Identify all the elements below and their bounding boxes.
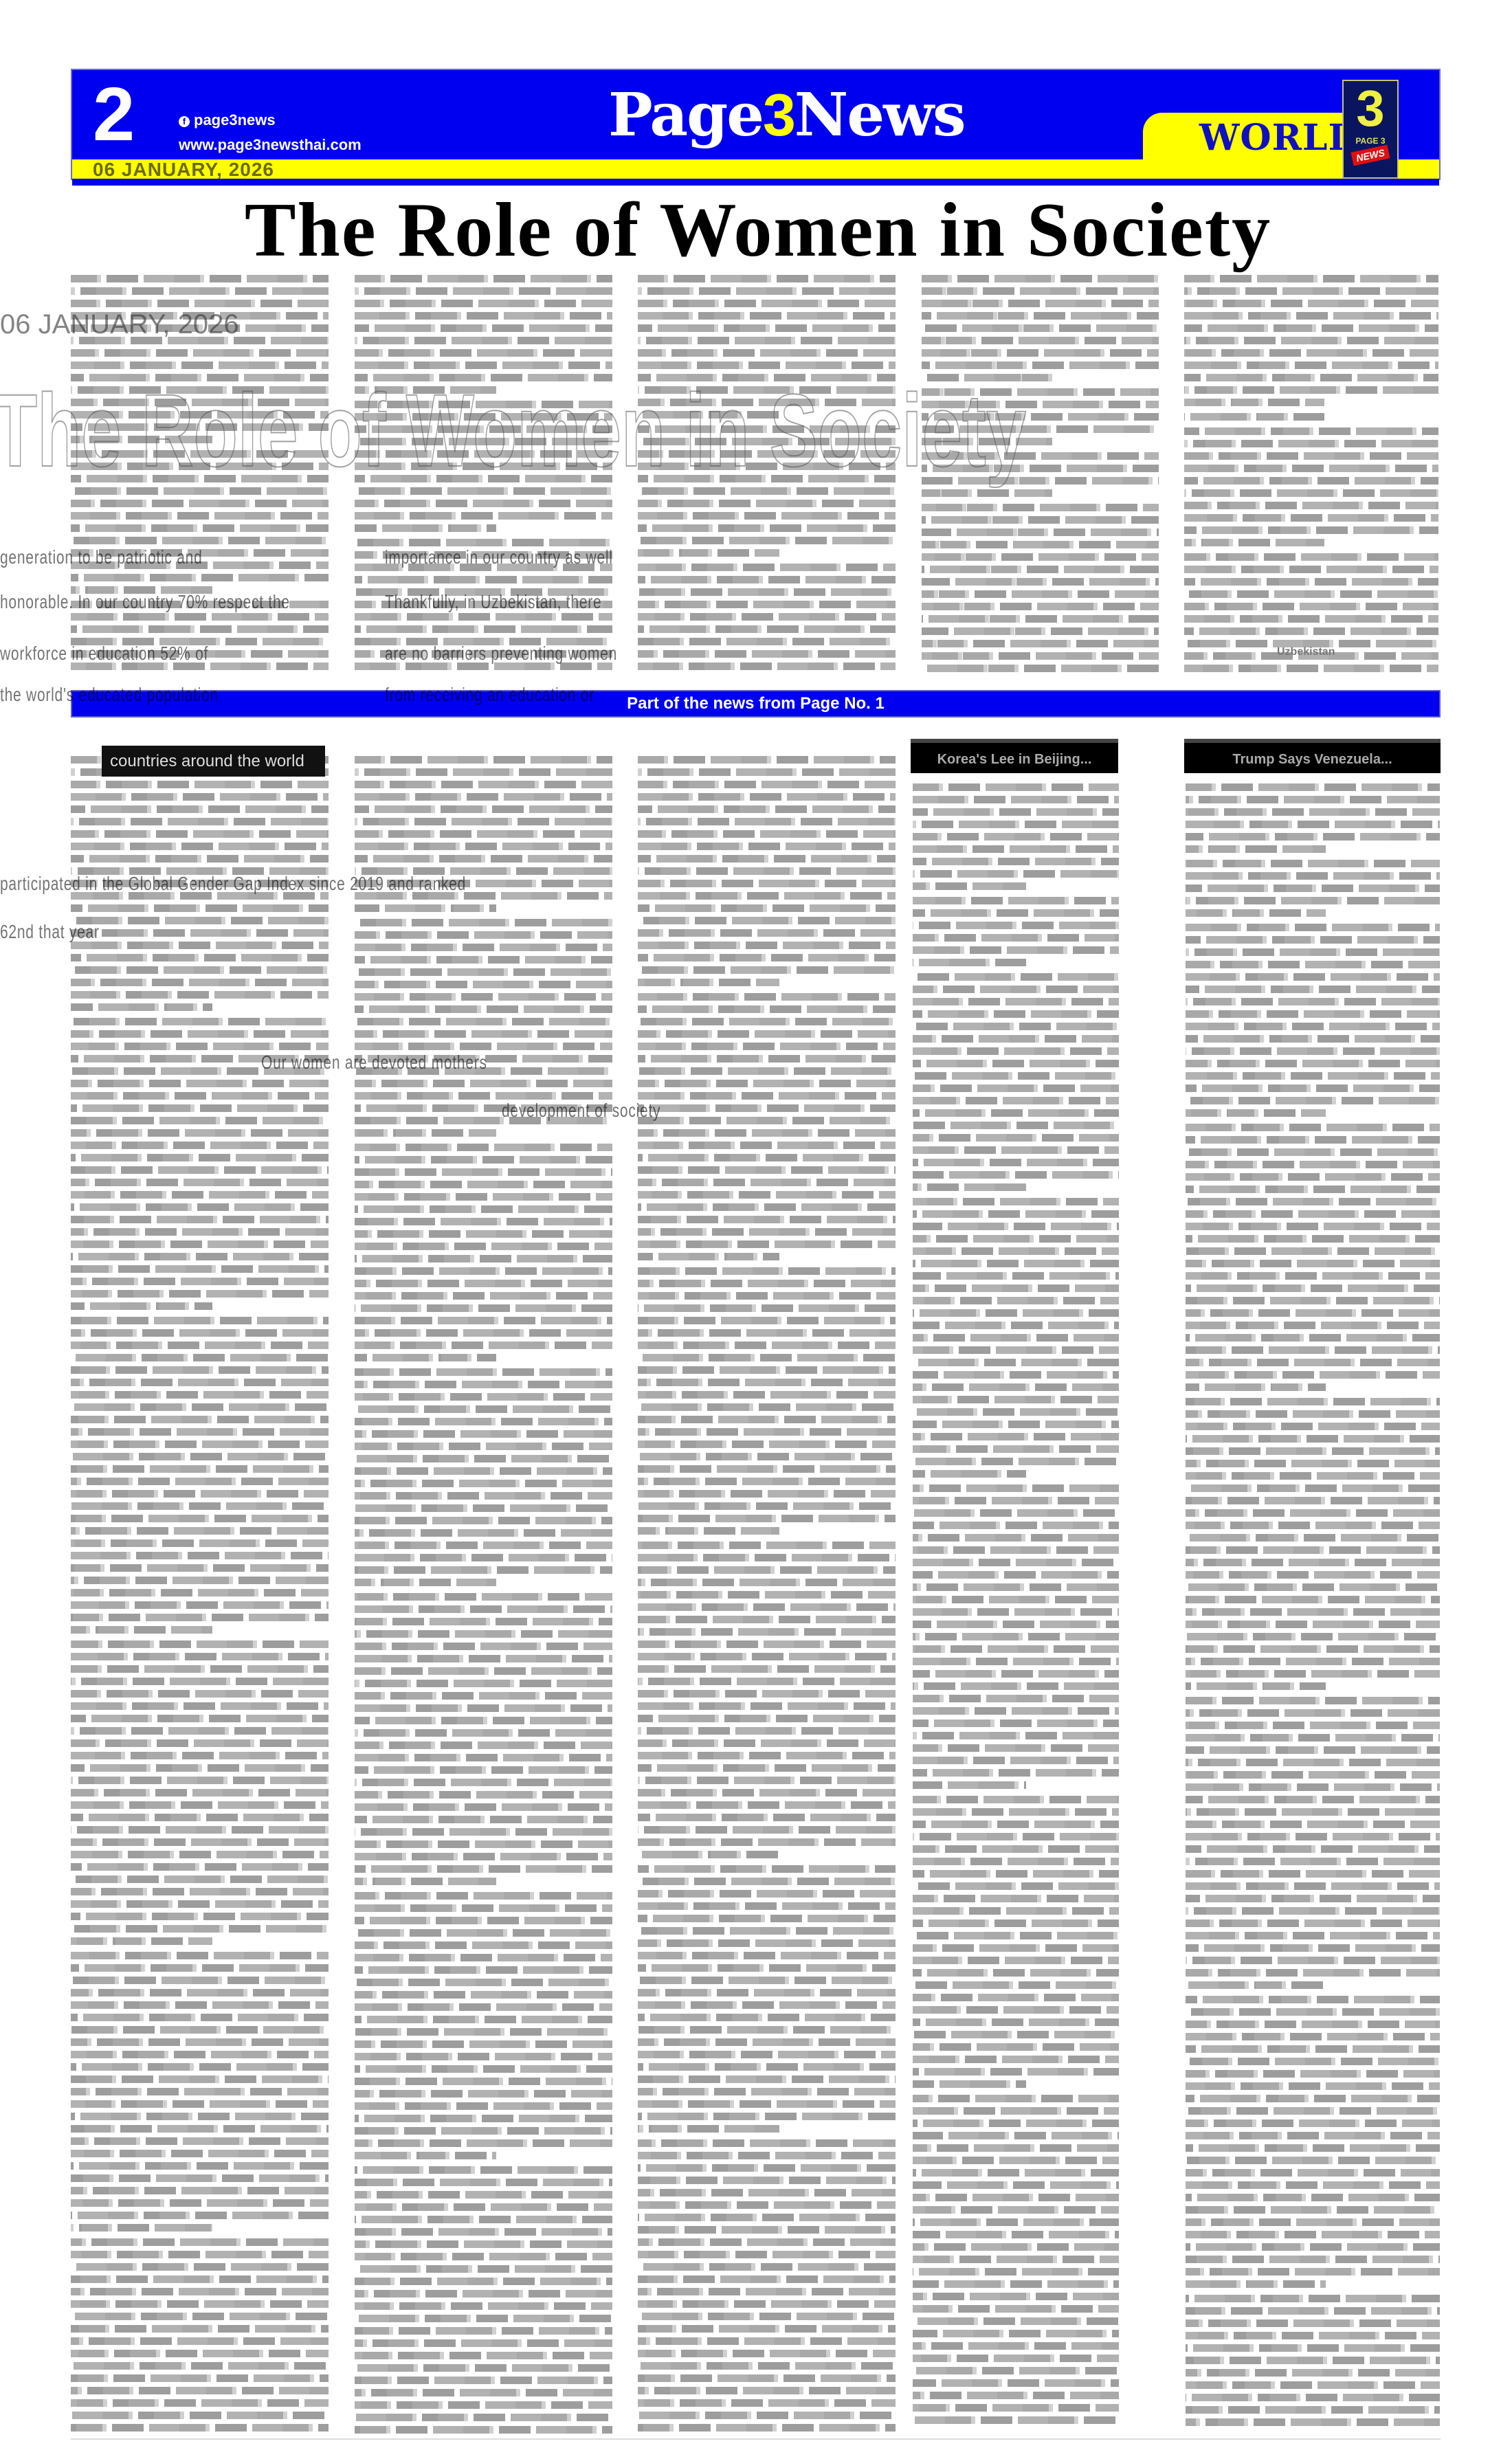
text-line (355, 1381, 612, 1388)
text-line (638, 1403, 896, 1411)
text-line (71, 1589, 329, 1596)
text-line (638, 2051, 896, 2058)
text-line (71, 1665, 329, 1673)
text-line (1184, 324, 1438, 332)
text-line (355, 2139, 612, 2147)
text-line (355, 818, 612, 825)
text-line (355, 1717, 612, 1724)
text-line (638, 1154, 896, 1161)
text-line (913, 2169, 1119, 2177)
text-line (638, 2038, 896, 2046)
ghost-fragment: importance in our country as well (385, 546, 613, 568)
text-line (638, 500, 896, 507)
text-line (71, 2412, 329, 2419)
text-line (1186, 1571, 1440, 1579)
text-line (1184, 374, 1438, 381)
text-line (71, 2325, 329, 2333)
text-line (913, 821, 1119, 828)
text-line (355, 1205, 612, 1213)
text-line (355, 1704, 612, 1712)
text-line (1186, 783, 1440, 791)
text-line (71, 1440, 329, 1448)
text-line (1186, 1658, 1440, 1665)
text-line (71, 1838, 329, 1846)
text-line (355, 576, 612, 583)
text-line (71, 1465, 329, 1473)
text-line (638, 1080, 896, 1087)
text-line (71, 1030, 329, 1038)
text-line (1184, 489, 1438, 497)
text-line (638, 1927, 896, 1935)
text-line (638, 2214, 896, 2221)
text-line (1186, 1534, 1440, 1542)
text-line (355, 2228, 612, 2236)
text-line (638, 1478, 896, 1485)
text-line (638, 1566, 896, 1574)
text-line (638, 1591, 896, 1599)
text-line (913, 2293, 1119, 2300)
text-line (355, 944, 612, 951)
text-line (638, 1653, 896, 1660)
text-line (1186, 1198, 1440, 1205)
text-line (913, 1682, 1119, 1690)
text-line (355, 2389, 612, 2396)
text-line (638, 2226, 896, 2234)
text-line (638, 349, 896, 357)
text-line (1186, 1981, 1326, 1989)
text-line (638, 1665, 896, 1673)
text-line (1184, 477, 1438, 485)
text-line (355, 1791, 612, 1799)
text-line (1186, 2095, 1440, 2102)
text-line (638, 1018, 896, 1025)
text-line (71, 2162, 329, 2170)
text-line (638, 2177, 896, 2184)
text-line (913, 1458, 1119, 1465)
text-line (71, 1515, 329, 1522)
text-line (1186, 1423, 1440, 1430)
text-line (913, 1235, 1119, 1243)
text-line (638, 287, 896, 295)
lower-column-1 (71, 756, 329, 2436)
logo-suffix: News (794, 80, 965, 150)
text-line (1186, 2194, 1440, 2201)
text-line (913, 1309, 1119, 1317)
text-line (355, 1579, 496, 1586)
text-line (355, 1878, 496, 1885)
text-line (1186, 1746, 1440, 1754)
text-line (1186, 1882, 1440, 1890)
text-line (1186, 1186, 1440, 1193)
text-line (355, 1156, 612, 1164)
text-line (71, 1925, 329, 1933)
text-line (1186, 2070, 1440, 2078)
text-line (1186, 1645, 1440, 1653)
text-line (913, 1707, 1119, 1715)
text-line (71, 2026, 329, 2034)
text-line (71, 2212, 329, 2219)
text-line (638, 2263, 896, 2271)
text-line (913, 870, 1119, 878)
text-line (71, 1354, 329, 1361)
text-line (1184, 627, 1438, 635)
text-line (922, 652, 1159, 660)
text-line (638, 361, 896, 369)
page-number: 2 (93, 77, 135, 153)
text-line (913, 1596, 1119, 1603)
text-line (638, 1527, 779, 1535)
text-line (1184, 590, 1438, 598)
text-line (1186, 1633, 1440, 1640)
text-line (913, 998, 1119, 1005)
text-line (355, 1618, 612, 1625)
text-line (1186, 2144, 1440, 2152)
text-line (1186, 1322, 1440, 1329)
text-line (71, 2063, 329, 2071)
text-line (355, 1304, 612, 1312)
text-line (355, 524, 496, 532)
text-line (913, 1210, 1119, 1218)
text-line (638, 2275, 896, 2283)
text-line (1186, 884, 1440, 892)
text-line (638, 1342, 896, 1349)
text-line (71, 537, 329, 544)
text-line (913, 1171, 1119, 1179)
text-line (638, 2362, 896, 2370)
text-line (913, 1920, 1119, 1927)
text-line (922, 324, 1159, 332)
text-line (638, 1789, 896, 1796)
text-line (913, 1509, 1119, 1517)
text-line (1186, 1870, 1440, 1878)
text-line (1186, 1383, 1326, 1391)
text-line (913, 909, 1119, 917)
text-line (1184, 539, 1324, 546)
text-line (355, 1742, 612, 1749)
text-line (638, 1554, 896, 1561)
text-line (355, 1904, 612, 1912)
masthead: 2 fpage3news www.page3newsthai.com 06 JA… (71, 69, 1441, 180)
text-line (71, 2337, 329, 2345)
lower-column-5 (1186, 783, 1440, 2431)
text-line (638, 867, 896, 875)
text-line (922, 665, 1159, 672)
text-line (71, 855, 329, 863)
text-line (355, 275, 612, 282)
text-line (71, 1117, 329, 1124)
column-head-trump: Trump Says Venezuela... (1184, 739, 1441, 773)
text-line (355, 2265, 612, 2273)
text-line (638, 588, 896, 596)
text-line (913, 1769, 1119, 1777)
text-line (355, 2401, 612, 2409)
text-line (638, 1977, 896, 1984)
text-line (913, 1047, 1119, 1055)
text-line (638, 2374, 896, 2382)
text-line (71, 1577, 329, 1584)
text-line (913, 1633, 1119, 1640)
text-line (1186, 1759, 1440, 1766)
page-bottom-rule (71, 2438, 1441, 2440)
text-line (638, 1228, 896, 1236)
text-line (355, 2352, 612, 2359)
text-line (355, 500, 612, 507)
text-line (638, 324, 896, 332)
text-line (913, 1445, 1119, 1453)
text-line (355, 843, 612, 850)
text-line (71, 1240, 329, 1248)
text-line (638, 1428, 896, 1436)
website-link[interactable]: www.page3newsthai.com (179, 133, 362, 157)
text-line (913, 1247, 1119, 1255)
text-line (638, 1826, 896, 1834)
text-line (355, 1892, 612, 1900)
text-line (1186, 2008, 1440, 2016)
text-line (1186, 1907, 1440, 1915)
text-line (1184, 349, 1438, 357)
text-line (355, 2040, 612, 2048)
text-line (71, 1876, 329, 1883)
text-line (922, 349, 1159, 357)
lower-column-2 (355, 756, 612, 2438)
text-line (71, 625, 329, 633)
text-line (638, 1814, 896, 1821)
text-line (922, 337, 1159, 344)
text-line (913, 1944, 1119, 1952)
text-line (638, 1515, 896, 1522)
text-line (71, 1777, 329, 1784)
text-line (1184, 361, 1438, 369)
text-line (638, 1851, 779, 1858)
text-line (913, 1346, 1119, 1354)
text-line (638, 1317, 896, 1324)
text-line (638, 1267, 896, 1275)
text-line (71, 1003, 212, 1011)
text-line (1184, 287, 1438, 295)
text-line (638, 1542, 896, 1549)
text-line (71, 2014, 329, 2021)
text-line (355, 1092, 612, 1100)
text-line (913, 1322, 1119, 1329)
text-line (71, 275, 329, 282)
masthead-rule (72, 179, 1439, 186)
issue-date: 06 JANUARY, 2026 (93, 159, 274, 180)
text-line (638, 2139, 896, 2147)
text-line (71, 1601, 329, 1609)
text-line (913, 1695, 1119, 1702)
text-line (638, 942, 896, 949)
text-line (913, 1272, 1119, 1280)
text-line (355, 2414, 612, 2421)
ghost-date: 06 JANUARY, 2026 (0, 309, 239, 340)
text-line (355, 1443, 612, 1450)
text-line (71, 904, 329, 912)
text-line (638, 663, 896, 670)
text-line (913, 1097, 1119, 1104)
text-line (913, 1932, 1119, 1939)
text-line (71, 1690, 329, 1698)
text-line (913, 808, 1119, 816)
text-line (913, 2157, 1119, 2164)
text-line (638, 2350, 896, 2357)
text-line (355, 1455, 612, 1462)
text-line (638, 1777, 896, 1784)
text-line (913, 2018, 1119, 2026)
text-line (1186, 1161, 1440, 1168)
text-line (1186, 1783, 1440, 1791)
text-line (1186, 1472, 1440, 1480)
text-line (1186, 1173, 1440, 1181)
text-line (71, 1727, 329, 1735)
ghost-fragment: the world's educated population (0, 684, 219, 706)
text-line (638, 2014, 896, 2021)
text-line (355, 2216, 612, 2223)
text-line (638, 512, 896, 520)
text-line (638, 1603, 896, 1611)
text-line (638, 1354, 896, 1361)
text-line (1186, 1608, 1440, 1616)
text-line (71, 1752, 329, 1759)
text-line (71, 1228, 329, 1236)
text-line (638, 1055, 896, 1062)
text-line (355, 2115, 612, 2122)
text-line (638, 2288, 896, 2295)
text-line (638, 1366, 896, 1374)
text-line (71, 2187, 329, 2194)
text-line (1184, 665, 1438, 672)
text-line (71, 300, 329, 307)
text-line (1186, 2268, 1440, 2275)
text-line (1186, 1969, 1440, 1977)
text-line (71, 954, 329, 961)
text-line (71, 793, 329, 801)
text-line (71, 2399, 329, 2407)
text-line (638, 337, 896, 344)
text-line (71, 1317, 329, 1324)
text-line (638, 2399, 896, 2407)
text-line (71, 979, 329, 986)
text-line (638, 1005, 896, 1013)
text-line (1186, 1072, 1440, 1080)
text-line (355, 2179, 612, 2186)
text-line (1186, 897, 1440, 904)
text-line (913, 1183, 1026, 1191)
text-line (71, 2387, 329, 2394)
text-line (913, 2379, 1119, 2387)
text-line (1186, 2243, 1440, 2251)
text-line (638, 1067, 896, 1075)
text-line (355, 1643, 612, 1650)
text-line (638, 1129, 896, 1137)
text-line (922, 553, 1159, 561)
text-line (913, 882, 1026, 890)
text-line (355, 1080, 612, 1087)
text-line (1186, 1932, 1440, 1939)
text-line (71, 1080, 329, 1087)
text-line (1186, 1895, 1440, 1902)
text-line (638, 300, 896, 307)
text-line (355, 1317, 612, 1324)
text-line (1186, 845, 1326, 853)
text-line (638, 1878, 896, 1885)
text-line (913, 2330, 1119, 2337)
text-line (1186, 1670, 1440, 1678)
text-line (1186, 1709, 1440, 1717)
text-line (71, 1203, 329, 1211)
text-line (913, 1808, 1119, 1816)
text-line (355, 2364, 612, 2372)
text-line (638, 1939, 896, 1947)
text-line (913, 1559, 1119, 1566)
text-line (355, 1480, 612, 1487)
text-line (638, 1280, 896, 1287)
text-line (355, 1193, 612, 1201)
text-line (913, 2006, 1119, 2014)
facebook-handle[interactable]: page3news (194, 111, 276, 129)
text-line (913, 2416, 1119, 2424)
text-line (1186, 936, 1440, 944)
text-line (1186, 2406, 1440, 2414)
text-line (1186, 2021, 1440, 2028)
text-line (638, 1616, 896, 1623)
text-line (355, 1853, 612, 1860)
text-line (355, 287, 612, 295)
text-line (913, 1359, 1119, 1366)
text-line (355, 1181, 612, 1188)
ghost-fragment: honorable. In our country 70% respect th… (0, 591, 290, 613)
text-line (1186, 924, 1440, 931)
text-line (1184, 615, 1438, 623)
text-line (913, 2317, 1119, 2325)
text-line (638, 781, 896, 788)
text-line (913, 1744, 1119, 1752)
text-line (1186, 1371, 1440, 1379)
ghost-headline: The Role of Women in Society (0, 371, 1026, 490)
text-line (71, 1379, 329, 1386)
text-line (1186, 1821, 1440, 1828)
ghost-fragment: workforce in education 52% of (0, 643, 208, 665)
text-line (71, 1900, 329, 1908)
text-line (355, 2016, 612, 2023)
text-line (922, 541, 1159, 548)
lower-column-3 (638, 756, 896, 2436)
text-line (1184, 337, 1438, 344)
text-line (71, 1391, 329, 1399)
text-line (913, 1010, 1119, 1018)
text-line (638, 993, 896, 1001)
text-line (913, 1072, 1119, 1080)
text-line (355, 2327, 612, 2335)
text-line (913, 1334, 1119, 1342)
section-label: WORLD (1199, 117, 1360, 159)
text-line (71, 512, 329, 520)
text-line (71, 2238, 329, 2246)
text-line (1184, 440, 1438, 447)
text-line (1186, 1722, 1440, 1729)
text-line (638, 1379, 896, 1386)
text-line (913, 1109, 1119, 1117)
text-line (913, 2218, 1119, 2226)
text-line (1186, 1460, 1440, 1467)
text-line (355, 2166, 612, 2174)
article-headline: The Role of Women in Society (91, 186, 1425, 275)
text-line (1186, 1124, 1440, 1131)
text-line (355, 919, 612, 926)
text-line (71, 2001, 329, 2009)
text-line (638, 1092, 896, 1100)
text-line (638, 756, 896, 764)
logo-prefix: Page (608, 80, 763, 150)
